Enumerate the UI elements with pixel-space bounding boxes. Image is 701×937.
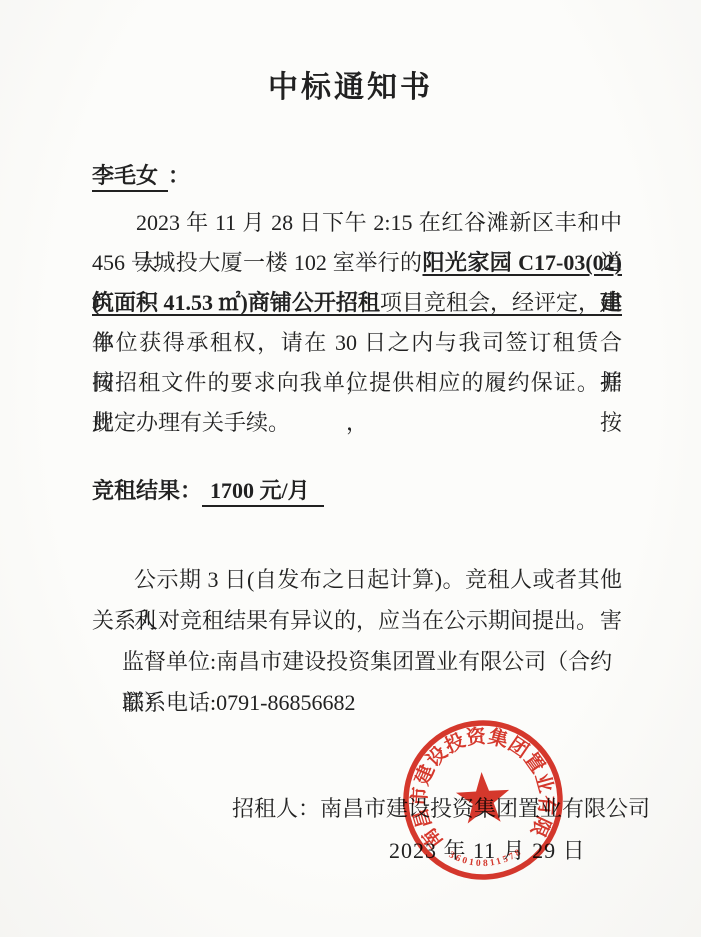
seal-company-arc-text: 南昌市建设投资集团置业有限公司 [365,682,561,856]
document-title: 中标通知书 [0,62,701,106]
project-name-emphasis: 筑面积 41.53 ㎡)商铺公开招租 [92,290,380,315]
seal-code-arc-text: 36010811578 [447,846,526,871]
official-seal: 南昌市建设投资集团置业有限公司 36010811578 [365,682,600,917]
notice-line: 监督单位:南昌市建设投资集团置业有限公司（合约部） [92,641,622,682]
body-text-segment: 规定办理有关手续。 [92,410,290,435]
body-paragraph: 2023 年 11 月 28 日下午 2:15 在红谷滩新区丰和中大道456 号… [92,203,622,443]
addressee-name: 李毛女 [92,163,168,192]
body-line: 456 号城投大厦一楼 102 室举行的阳光家园 C17-03(02)(建 [92,243,622,283]
body-text-segment: 456 号城投大厦一楼 102 室举行的 [92,250,422,275]
addressee-line: 李毛女： [92,161,622,191]
body-text-segment: 关系人对竞租结果有异议的，应当在公示期间提出。 [92,608,598,633]
notice-document-page: 中标通知书 李毛女： 2023 年 11 月 28 日下午 2:15 在红谷滩新… [0,0,701,937]
body-line: 单位获得承租权，请在 30 日之内与我司签订租赁合同，并 [92,323,622,363]
addressee-colon: ： [168,163,190,188]
body-line: 筑面积 41.53 ㎡)商铺公开招租项目竞租会，经评定，由你 [92,283,622,323]
bid-result-value: 1700 元/月 [202,478,324,507]
body-line: 2023 年 11 月 28 日下午 2:15 在红谷滩新区丰和中大道 [92,203,622,243]
bid-result-line: 竞租结果：1700 元/月 [92,475,324,507]
red-star-icon [455,771,511,824]
body-line: 按招租文件的要求向我单位提供相应的履约保证。据此，按 [92,363,622,403]
notice-line: 关系人对竞租结果有异议的，应当在公示期间提出。 [92,600,622,641]
bid-result-label: 竞租结果： [92,478,202,503]
notice-line: 公示期 3 日(自发布之日起计算)。竞租人或者其他利害 [92,559,622,600]
lessor-label: 招租人： [232,796,320,821]
body-text-segment: 联系电话:0791-86856682 [122,690,355,715]
